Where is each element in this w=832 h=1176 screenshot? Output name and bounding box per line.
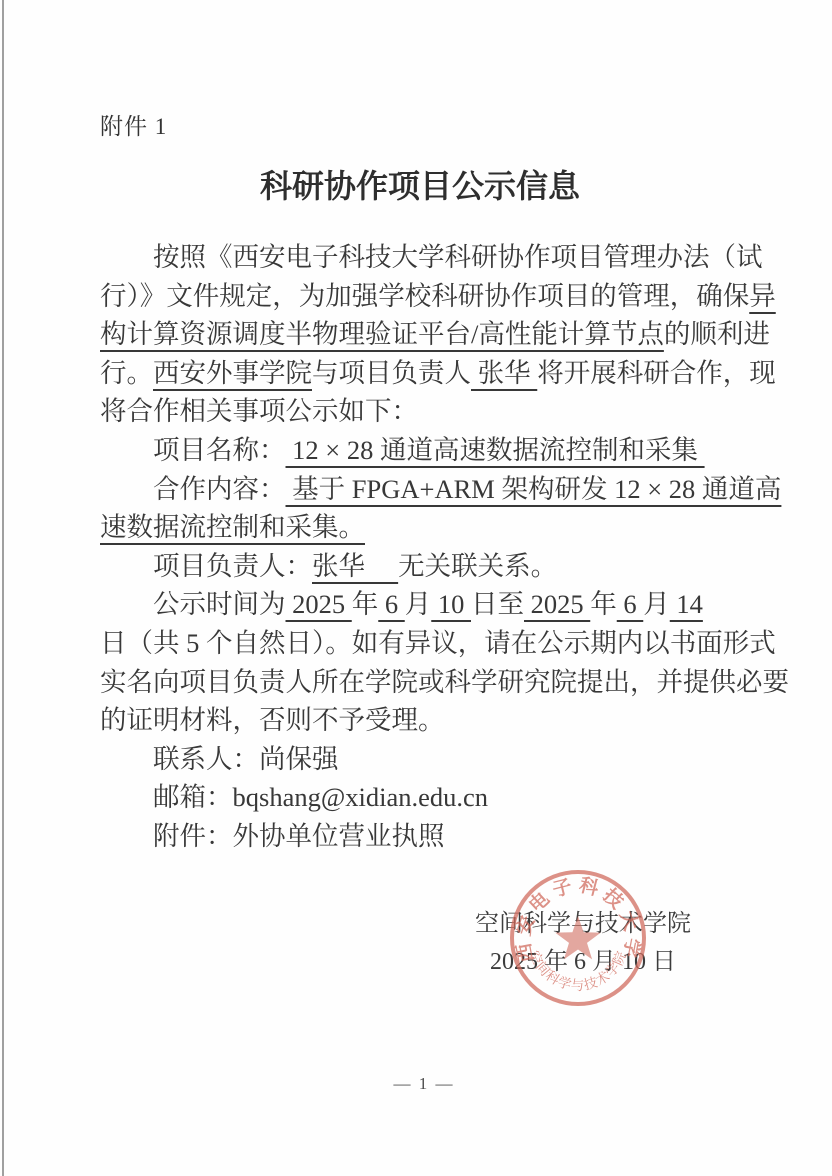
body-line: 行）》文件规定，为加强学校科研协作项目的管理，确保异 [100,277,752,316]
underlined-field-text: 6 [378,589,405,619]
text-segment: 行。 [100,358,153,388]
body-line: 的证明材料，否则不予受理。 [100,701,752,740]
document-page: 附件 1 科研协作项目公示信息 按照《西安电子科技大学科研协作项目管理办法（试行… [0,0,832,1176]
text-segment: 将合作相关事项公示如下： [100,396,418,426]
text-segment: 将开展科研合作，现 [537,358,776,388]
body-line: 日（共 5 个自然日）。如有异议，请在公示期内以书面形式 [100,624,752,663]
body-line: 公示时间为 2025 年 6 月 10 日至 2025 年 6 月 14 [100,585,752,624]
text-segment: 按照《西安电子科技大学科研协作项目管理办法（试 [153,242,763,272]
underlined-field-text: 张华 [471,358,537,388]
text-segment: 项目名称： [153,435,286,465]
text-segment: 合作内容： [153,474,286,504]
underlined-field-text: 12 × 28 通道高速数据流控制和采集 [286,435,705,465]
body-text: 按照《西安电子科技大学科研协作项目管理办法（试行）》文件规定，为加强学校科研协作… [100,238,752,856]
text-segment: 日（共 5 个自然日）。如有异议，请在公示期内以书面形式 [100,628,776,658]
underlined-field-text: 10 [431,589,471,619]
underlined-field-text: 2025 [286,589,352,619]
body-line: 将合作相关事项公示如下： [100,392,752,431]
body-line: 合作内容： 基于 FPGA+ARM 架构研发 12 × 28 通道高 [100,470,752,509]
underlined-field-text: 张华 [312,551,398,581]
body-line: 行。西安外事学院与项目负责人 张华 将开展科研合作，现 [100,354,752,393]
text-segment: 月 [405,589,432,619]
text-segment: 年 [352,589,379,619]
underlined-field-text: 基于 FPGA+ARM 架构研发 12 × 28 通道高 [286,474,782,504]
underlined-field-text: 6 [617,589,644,619]
text-segment: 的顺利进 [664,319,770,349]
text-segment: 年 [590,589,617,619]
underlined-field-text: 2025 [524,589,590,619]
body-line: 按照《西安电子科技大学科研协作项目管理办法（试 [100,238,752,277]
text-segment: 无关联关系。 [398,551,557,581]
scan-edge-line [2,0,4,1176]
text-segment: 公示时间为 [153,589,286,619]
signature-date: 2025 年 6 月 10 日 [462,943,704,981]
body-line: 邮箱：bqshang@xidian.edu.cn [100,778,752,817]
text-segment: 实名向项目负责人所在学院或科学研究院提出，并提供必要 [100,667,789,697]
body-line: 项目名称： 12 × 28 通道高速数据流控制和采集 [100,431,752,470]
underlined-field-text: 速数据流控制和采集。 [100,512,365,542]
text-segment: 行）》文件规定，为加强学校科研协作项目的管理，确保 [100,281,749,311]
underlined-field-text: 构计算资源调度半物理验证平台/高性能计算节点 [100,319,664,349]
body-line: 联系人：尚保强 [100,740,752,779]
text-segment: 月 [643,589,670,619]
text-segment: 与项目负责人 [312,358,471,388]
signature-org: 空间科学与技术学院 [462,905,704,943]
page-number: — 1 — [16,1074,832,1094]
underlined-field-text: 西安外事学院 [153,358,312,388]
body-line: 构计算资源调度半物理验证平台/高性能计算节点的顺利进 [100,315,752,354]
text-segment: 联系人：尚保强 [153,744,339,774]
text-segment: 的证明材料，否则不予受理。 [100,705,445,735]
text-segment: 日至 [471,589,524,619]
text-segment: 附件：外协单位营业执照 [153,821,445,851]
body-line: 速数据流控制和采集。 [100,508,752,547]
signature-block: 空间科学与技术学院 2025 年 6 月 10 日 [462,905,704,981]
text-segment: 邮箱：bqshang@xidian.edu.cn [153,782,488,812]
attachment-label: 附件 1 [100,108,167,141]
body-line: 实名向项目负责人所在学院或科学研究院提出，并提供必要 [100,663,752,702]
body-line: 项目负责人：张华 无关联关系。 [100,547,752,586]
document-title: 科研协作项目公示信息 [8,161,832,207]
body-line: 附件：外协单位营业执照 [100,817,752,856]
underlined-field-text: 异 [749,281,776,311]
text-segment: 项目负责人： [153,551,312,581]
underlined-field-text: 14 [670,589,703,619]
